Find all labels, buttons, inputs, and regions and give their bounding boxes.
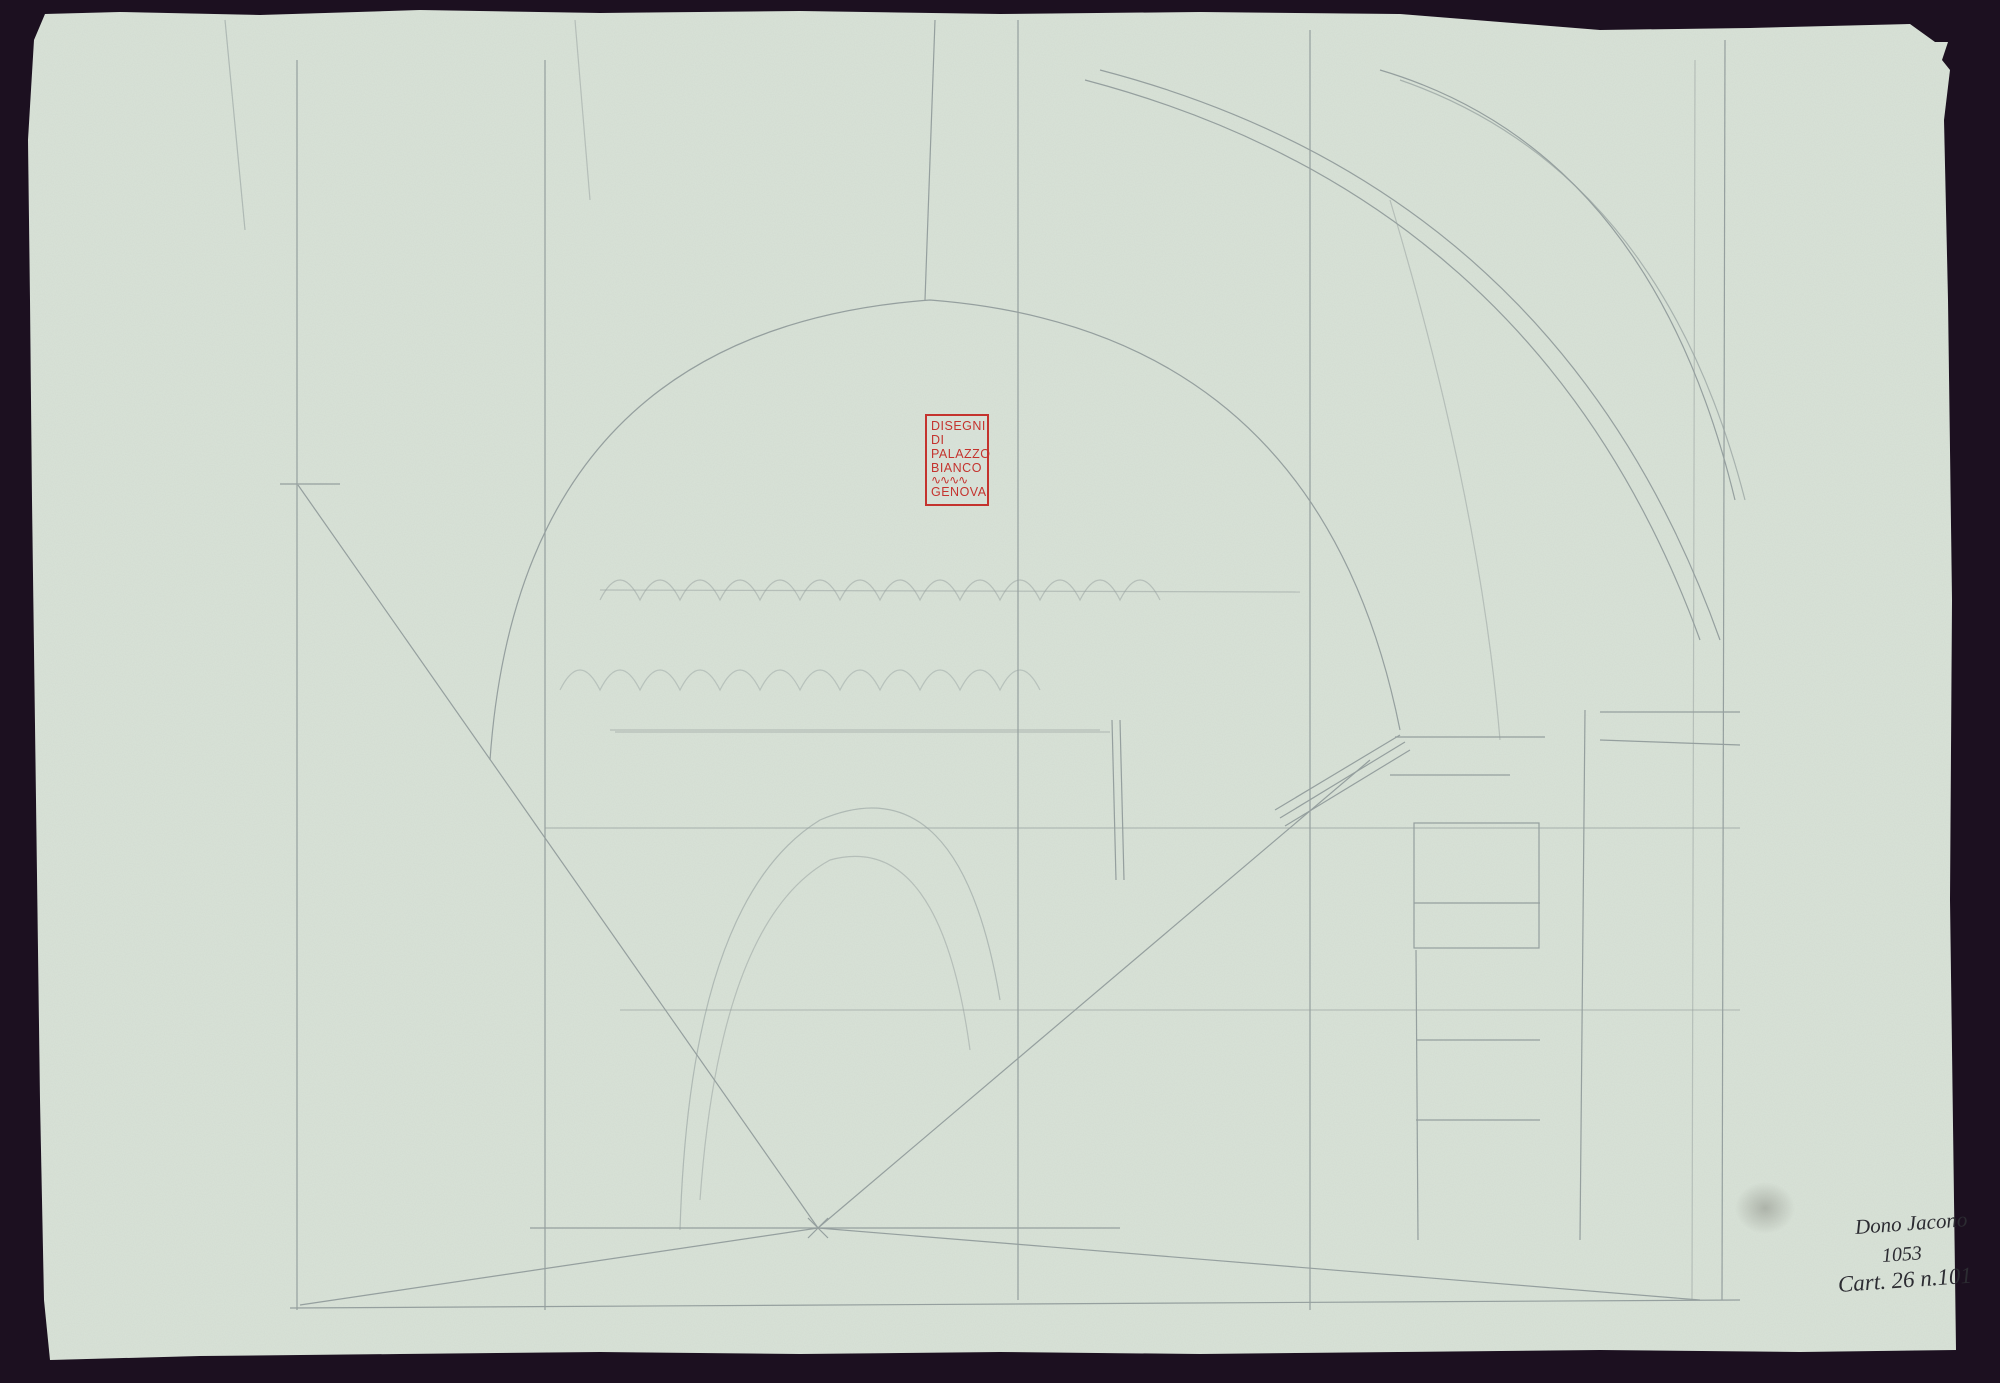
stamp-line: PALAZZO: [931, 447, 983, 461]
stamp-line: DI: [931, 433, 983, 447]
artwork-scan: DISEGNI DI PALAZZO BIANCO ∿∿∿∿ GENOVA Do…: [0, 0, 2000, 1383]
collection-stamp: DISEGNI DI PALAZZO BIANCO ∿∿∿∿ GENOVA: [925, 414, 989, 506]
paper-stain: [1735, 1182, 1795, 1234]
stamp-line: GENOVA: [931, 485, 983, 499]
stamp-wave: ∿∿∿∿: [931, 475, 983, 485]
stamp-line: DISEGNI: [931, 419, 983, 433]
inscription-line-2: 1053: [1881, 1242, 1923, 1268]
drawing-canvas: [0, 0, 2000, 1383]
